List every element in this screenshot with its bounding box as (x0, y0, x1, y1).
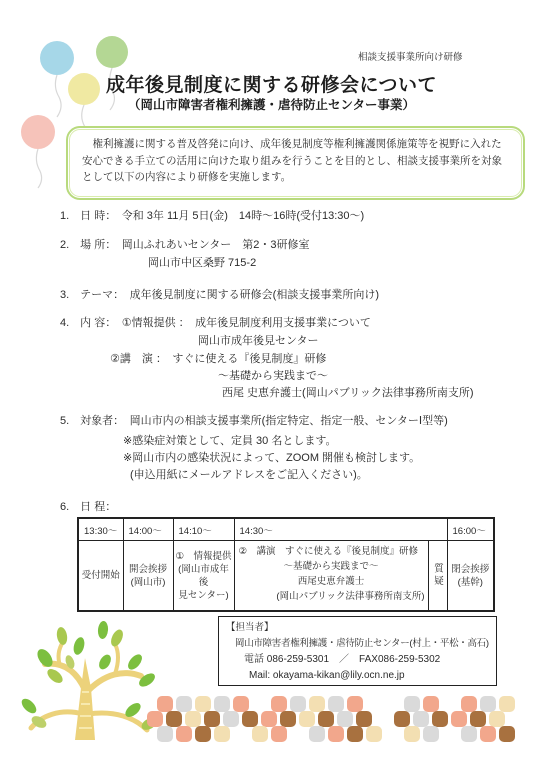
pebble (166, 711, 182, 727)
pebble (309, 696, 325, 712)
item-target-line2: ※感染症対策として、定員 30 名とします。 (123, 434, 336, 448)
contact-title: 【担当者】 (226, 620, 496, 636)
item-place-line1: 2. 場 所： 岡山ふれあいセンター 第2・3研修室 (60, 238, 310, 252)
pebble (337, 711, 353, 727)
item-content-line2: 岡山市成年後見センター (198, 334, 319, 348)
cell-lecture: ② 講演 すぐに使える『後見制度』研修 ～基礎から実践まで～ 西尾史恵弁護士 (… (234, 541, 428, 612)
pebble (252, 726, 268, 742)
tree-branch (59, 642, 63, 666)
pebble (176, 696, 192, 712)
page-subtitle: （岡山市障害者権利擁護・虐待防止センター事業） (0, 95, 543, 113)
pebble (195, 726, 211, 742)
pebble (404, 726, 420, 742)
item-content-line4: ～基礎から実践まで～ (218, 369, 328, 383)
cell-closing: 閉会挨拶 (基幹) (447, 541, 494, 612)
pebble (499, 696, 515, 712)
item-schedule-label: 6. 日 程： (60, 500, 116, 514)
pebble (271, 726, 287, 742)
tree-branch (115, 644, 118, 674)
pebble (185, 711, 201, 727)
contact-email: Mail: okayama-kikan@lily.ocn.ne.jp (226, 668, 496, 684)
cell-qa: 質疑 (428, 541, 447, 612)
item-datetime: 1. 日 時： 令和 3年 11月 5日(金) 14時～16時(受付13:30～… (60, 209, 364, 223)
cell-opening: 開会挨拶 (岡山市) (123, 541, 173, 612)
leaf-icon (109, 628, 126, 649)
leaf-icon (97, 621, 109, 640)
lecture-line1: ② 講演 すぐに使える『後見制度』研修 (235, 544, 428, 559)
pebble (480, 696, 496, 712)
pebble (214, 696, 230, 712)
time-header-1400: 14:00～ (123, 518, 173, 541)
pebble (328, 726, 344, 742)
lecture-line4: (岡山パブリック法律事務所南支所) (235, 589, 428, 604)
tree-branch (88, 713, 147, 730)
info-line2: (岡山市成年後 (174, 563, 234, 589)
opening-line1: 開会挨拶 (124, 563, 173, 576)
pebble (318, 711, 334, 727)
intro-text: 権利擁護に関する普及啓発に向け、成年後見制度等権利擁護関係施策等を視野に入れた安… (82, 136, 509, 186)
intro-box-inner: 権利擁護に関する普及啓発に向け、成年後見制度等権利擁護関係施策等を視野に入れた安… (69, 129, 522, 197)
pebble (176, 726, 192, 742)
info-line3: 見センター) (174, 589, 234, 602)
pebble (432, 711, 448, 727)
pebble (195, 696, 211, 712)
info-line1: ① 情報提供 (174, 550, 234, 563)
tree-decoration (15, 618, 165, 758)
schedule-body-row: 受付開始 開会挨拶 (岡山市) ① 情報提供 (岡山市成年後 見センター) ② … (78, 541, 494, 612)
pebble (242, 711, 258, 727)
pebble (347, 726, 363, 742)
leaf-icon (72, 636, 86, 656)
balloon-pink-icon (21, 115, 55, 149)
pebble (366, 726, 382, 742)
pebble (147, 711, 163, 727)
pebble (404, 696, 420, 712)
closing-line1: 閉会挨拶 (448, 563, 494, 576)
pebble (223, 711, 239, 727)
pebble (461, 726, 477, 742)
item-target-line1: 5. 対象者： 岡山市内の相談支援事業所(指定特定、指定一般、センターⅠ型等) (60, 414, 448, 428)
time-header-1330: 13:30～ (78, 518, 123, 541)
time-header-1410: 14:10～ (173, 518, 234, 541)
time-header-1600: 16:00～ (447, 518, 494, 541)
contact-center-line: 岡山市障害者権利擁護・虐待防止センター(村上・平松・高石) (226, 636, 496, 652)
pebble (157, 726, 173, 742)
schedule-table: 13:30～ 14:00～ 14:10～ 14:30～ 16:00～ 受付開始 … (77, 517, 495, 612)
pebble (280, 711, 296, 727)
pebble (261, 711, 277, 727)
item-theme: 3. テーマ： 成年後見制度に関する研修会(相談支援事業所向け) (60, 288, 379, 302)
pebble (290, 696, 306, 712)
leaf-icon (19, 696, 39, 716)
balloon-string (36, 149, 41, 188)
contact-phone-fax: 電話 086-259-5301 ／ FAX086-259-5302 (226, 652, 496, 668)
time-header-1430: 14:30～ (234, 518, 447, 541)
cell-info: ① 情報提供 (岡山市成年後 見センター) (173, 541, 234, 612)
contact-box: 【担当者】 岡山市障害者権利擁護・虐待防止センター(村上・平松・高石) 電話 0… (218, 616, 497, 686)
item-content-line5: 西尾 史恵弁護士(岡山パブリック法律事務所南支所) (222, 386, 474, 400)
pebble (233, 696, 249, 712)
pebble (356, 711, 372, 727)
balloon-green-icon (96, 36, 128, 68)
leaf-icon (125, 652, 144, 672)
lecture-line2: ～基礎から実践まで～ (235, 559, 428, 574)
item-target-line3: ※岡山市内の感染状況によって、ZOOM 開催も検討します。 (123, 451, 420, 465)
pebble (470, 711, 486, 727)
pebble (461, 696, 477, 712)
page-title: 成年後見制度に関する研修会について (0, 70, 543, 97)
qa-vertical-text: 質疑 (429, 563, 446, 588)
cell-reception: 受付開始 (78, 541, 123, 612)
pebble (451, 711, 467, 727)
pebble (394, 711, 410, 727)
pebble (204, 711, 220, 727)
audience-tag: 相談支援事業所向け研修 (358, 49, 463, 63)
pebble (347, 696, 363, 712)
leaf-icon (56, 626, 69, 645)
item-content-line1: 4. 内 容： ①情報提供 ： 成年後見制度利用支援事業について (60, 316, 371, 330)
item-content-line3: ②講 演 ： すぐに使える『後見制度』研修 (110, 352, 326, 366)
closing-line2: (基幹) (448, 576, 494, 589)
pebble (423, 696, 439, 712)
pebble (214, 726, 230, 742)
pebble (413, 711, 429, 727)
pebble (299, 711, 315, 727)
item-target-line4: (申込用紙にメールアドレスをご記入ください)。 (130, 468, 368, 482)
pebble (309, 726, 325, 742)
tree-branch (85, 673, 141, 694)
item-place-line2: 岡山市中区桑野 715-2 (148, 256, 256, 270)
pebble (271, 696, 287, 712)
pebble (499, 726, 515, 742)
pebble (423, 726, 439, 742)
schedule-header-row: 13:30～ 14:00～ 14:10～ 14:30～ 16:00～ (78, 518, 494, 541)
pebble (480, 726, 496, 742)
flyer-page: 相談支援事業所向け研修 成年後見制度に関する研修会について （岡山市障害者権利擁… (0, 0, 543, 768)
pebble (157, 696, 173, 712)
intro-box: 権利擁護に関する普及啓発に向け、成年後見制度等権利擁護関係施策等を視野に入れた安… (66, 126, 525, 200)
pebble (328, 696, 344, 712)
leaf-icon (45, 666, 65, 685)
leaf-icon (97, 653, 114, 672)
opening-line2: (岡山市) (124, 576, 173, 589)
pebble (489, 711, 505, 727)
lecture-line3: 西尾史恵弁護士 (235, 574, 428, 589)
